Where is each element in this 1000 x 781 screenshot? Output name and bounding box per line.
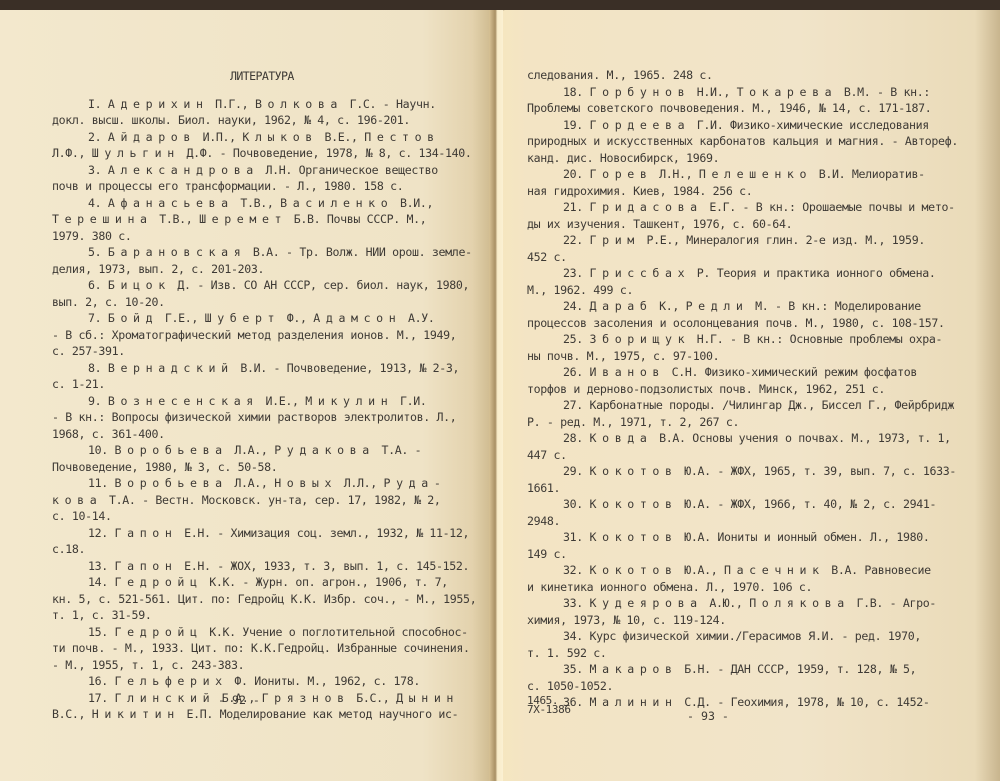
citation-text: торфов и дерново-подзолистых почв. Минск… [527,382,885,396]
bibliography-line: торфов и дерново-подзолистых почв. Минск… [527,381,958,398]
citation-text: К.К. Учение о поглотительной способнос- [203,625,468,639]
citation-text: Т.В., [234,196,280,210]
author-name: Терешина [52,212,153,226]
page-number-right: - 93 - [687,709,729,723]
page-title: ЛИТЕРАТУРА [230,68,476,85]
bibliography-line: 36. Малинин С.Д. - Геохимия, 1978, № 10,… [527,694,958,711]
bibliography-line: 29. Кокотов Ю.А. - ЖФХ, 1965, т. 39, вып… [527,463,958,480]
author-name: Гордеева [590,118,691,132]
citation-text: Ю.А. - ЖФХ, 1966, т. 40, № 2, с. 2941- [678,497,937,511]
citation-text: 20. [563,167,590,181]
bibliography-line: 1979. 380 с. [52,228,476,245]
citation-text: 35. [563,662,590,676]
citation-text: 31. [563,530,590,544]
citation-text: 14. [88,575,115,589]
bibliography-line: вып. 2, с. 10-20. [52,294,476,311]
bibliography-line: Терешина Т.В., Шеремет Б.В. Почвы СССР. … [52,211,476,228]
citation-text: Е.П. Моделирование как метод научного ис… [180,707,458,721]
author-name: кова [52,493,102,507]
citation-text: докл. высш. школы. Биол. науки, 1962, № … [52,113,410,127]
citation-text: кн. 5, с. 521-561. Цит. по: Гедройц К.К.… [52,592,476,606]
citation-text: 1661. [527,481,560,495]
bibliography-line: - М., 1955, т. 1, с. 243-383. [52,657,476,674]
bibliography-line: природных и искусственных карбонатов кал… [527,133,958,150]
author-name: Гридасова [590,200,703,214]
citation-text: 21. [563,200,590,214]
bibliography-line: 7. Бойд Г.Е., Шуберт Ф., Адамсон А.У. [52,310,476,327]
citation-text: делия, 1973, вып. 2, с. 201-203. [52,262,264,276]
printer-imprint: 1465. 7X-1386 [527,696,571,714]
left-page-text: ЛИТЕРАТУРА I. Адерихин П.Г., Волкова Г.С… [52,68,476,723]
author-name: Вернадский [108,361,234,375]
bibliography-line: канд. дис. Новосибирск, 1969. [527,150,958,167]
bibliography-line: 19. Гордеева Г.И. Физико-химические иссл… [527,117,958,134]
citation-text: 452 с. [527,250,567,264]
citation-text: Б.С., [350,691,396,705]
author-name: Никитин [92,707,180,721]
bibliography-line: М., 1962. 499 с. [527,282,958,299]
page-number-left: - 92 - [218,693,260,707]
bibliography-line: следования. М., 1965. 248 с. [527,67,958,84]
left-page: ЛИТЕРАТУРА I. Адерихин П.Г., Волкова Г.С… [0,10,497,781]
author-name: Рудакова [274,443,375,457]
citation-text: вып. 2, с. 10-20. [52,295,165,309]
bibliography-line: 24. Дараб К., Редли М. - В кн.: Моделиро… [527,298,958,315]
author-name: Кокотов [590,563,678,577]
citation-text: 24. [563,299,590,313]
bibliography-line: В.С., Никитин Е.П. Моделирование как мет… [52,706,476,723]
author-name: Шуберт [205,311,280,325]
citation-text: Г.И. Физико-химические исследования [690,118,929,132]
citation-text: В.С., [52,707,92,721]
citation-text: Р. - ред. М., 1971, т. 2, 267 с. [527,415,739,429]
bibliography-line: 35. Макаров Б.Н. - ДАН СССР, 1959, т. 12… [527,661,958,678]
author-name: Адамсон [313,311,401,325]
bibliography-line: ти почв. - М., 1933. Цит. по: К.К.Гедрой… [52,640,476,657]
bibliography-line: 4. Афанасьева Т.В., Василенко В.И., [52,195,476,212]
citation-text: 4. [88,196,108,210]
citation-text: Л.А., [228,443,274,457]
bibliography-line: почв и процессы его трансформации. - Л.,… [52,178,476,195]
bibliography-line: 22. Грим Р.Е., Минералогия глин. 2-е изд… [527,232,958,249]
citation-text: Ю.А. - ЖФХ, 1965, т. 39, вып. 7, с. 1633… [678,464,956,478]
citation-text: т. 1, с. 31-59. [52,608,151,622]
citation-text: и кинетика ионного обмена. Л., 1970. 106… [527,580,812,594]
citation-text: 2. [88,130,108,144]
author-name: Кокотов [590,497,678,511]
citation-text: К., [652,299,685,313]
author-name: Иванов [590,365,665,379]
bibliography-line: ная гидрохимия. Киев, 1984. 256 с. [527,183,958,200]
bibliography-line: 26. Иванов С.Н. Физико-химический режим … [527,364,958,381]
author-name: Грязнов [262,691,350,705]
citation-text: Проблемы советского почвоведения. М., 19… [527,101,931,115]
bibliography-line: 2. Айдаров И.П., Клыков В.Е., Пестов [52,129,476,146]
bibliography-line: - В сб.: Хроматографический метод раздел… [52,327,476,344]
citation-text: 10. [88,443,115,457]
citation-text: Л.Н., [652,167,698,181]
citation-text: 26. [563,365,590,379]
citation-text: И.П., [196,130,242,144]
citation-text: 1979. 380 с. [52,229,132,243]
citation-text: химия, 1973, № 10, с. 119-124. [527,613,726,627]
citation-text: с. 1-21. [52,377,105,391]
citation-text: 34. Курс физической химии./Герасимов Я.И… [563,629,921,643]
bibliography-line: 18. Горбунов Н.И., Токарева В.М. - В кн.… [527,84,958,101]
citation-text: И.Е., [259,394,305,408]
author-name: Горев [590,167,653,181]
bibliography-line: 149 с. [527,546,958,563]
citation-text: 7. [88,311,108,325]
citation-text: I. [88,97,108,111]
bibliography-line: 5. Барановская В.А. - Тр. Волж. НИИ орош… [52,244,476,261]
citation-text: 11. [88,476,115,490]
citation-text: 19. [563,118,590,132]
citation-text: 9. [88,394,108,408]
bibliography-line: 1968, с. 361-400. [52,426,476,443]
bibliography-line: 28. Ковда В.А. Основы учения о почвах. М… [527,430,958,447]
author-name: Воробьева [115,443,228,457]
citation-text: канд. дис. Новосибирск, 1969. [527,151,719,165]
author-name: Айдаров [108,130,196,144]
author-name: Вознесенская [108,394,259,408]
author-name: Воробьева [115,476,228,490]
author-name: Глинский [115,691,216,705]
citation-text: 447 с. [527,448,567,462]
author-name: Кудеярова [590,596,703,610]
citation-text: 27. Карбонатные породы. /Чилингар Дж., Б… [563,398,954,412]
author-name: Горбунов [590,85,691,99]
bibliography-line: 16. Гельферих Ф. Иониты. М., 1962, с. 17… [52,673,476,690]
bibliography-line: с. 1050-1052. [527,678,958,695]
author-name: Полякова [749,596,850,610]
bibliography-line: кова Т.А. - Вестн. Московск. ун-та, сер.… [52,492,476,509]
author-name: Клыков [242,130,317,144]
bibliography-line: - В кн.: Вопросы физической химии раство… [52,409,476,426]
bibliography-line: 21. Гридасова Е.Г. - В кн.: Орошаемые по… [527,199,958,216]
bibliography-line: 2948. [527,513,958,530]
citation-text: с. 10-14. [52,509,112,523]
citation-text: Е.Н. - Химизация соц. земл., 1932, № 11-… [177,526,469,540]
citation-text: Б.Н. - ДАН СССР, 1959, т. 128, № 5, [678,662,917,676]
citation-text: Б.В. Почвы СССР. М., [287,212,426,226]
citation-text: 33. [563,596,590,610]
author-name: Бойд [108,311,158,325]
citation-text: П.Г., [209,97,255,111]
author-name: Пестов [364,130,439,144]
citation-text: Г.Е., [158,311,204,325]
bibliography-line: Л.Ф., Шульгин Д.Ф. - Почвоведение, 1978,… [52,145,476,162]
right-page: следования. М., 1965. 248 с.18. Горбунов… [497,10,1000,781]
bibliography-line: 3. Александрова Л.Н. Органическое вещест… [52,162,476,179]
bibliography-line: 452 с. [527,249,958,266]
citation-text: ная гидрохимия. Киев, 1984. 256 с. [527,184,752,198]
citation-text: 23. [563,266,590,280]
citation-text: 29. [563,464,590,478]
author-name: Кокотов [590,530,678,544]
bibliography-line: с.18. [52,541,476,558]
bibliography-line: с. 10-14. [52,508,476,525]
bibliography-list: следования. М., 1965. 248 с.18. Горбунов… [527,67,958,711]
citation-text: В.А. Основы учения о почвах. М., 1973, т… [652,431,950,445]
citation-text: Ф. Иониты. М., 1962, с. 178. [228,674,420,688]
citation-text: Г.В. - Агро- [850,596,936,610]
bibliography-line: 15. Гедройц К.К. Учение о поглотительной… [52,624,476,641]
bibliography-line: 8. Вернадский В.И. - Почвоведение, 1913,… [52,360,476,377]
citation-text: с. 1050-1052. [527,679,613,693]
bibliography-line: с. 257-391. [52,343,476,360]
citation-text: Почвоведение, 1980, № 3, с. 50-58. [52,460,277,474]
author-name: Пасечник [724,563,825,577]
citation-text: т. 1. 592 с. [527,646,607,660]
citation-text: Л.Ф., [52,146,92,160]
citation-text: 22. [563,233,590,247]
author-name: Токарева [737,85,838,99]
citation-text: 15. [88,625,115,639]
citation-text: Р. Теория и практика ионного обмена. [690,266,935,280]
bibliography-line: 12. Гапон Е.Н. - Химизация соц. земл., 1… [52,525,476,542]
citation-text: А.У. [401,311,434,325]
bibliography-line: т. 1. 592 с. [527,645,958,662]
bibliography-line: 10. Воробьева Л.А., Рудакова Т.А. - [52,442,476,459]
imprint-line: 7X-1386 [527,705,571,714]
citation-text: 6. [88,278,108,292]
citation-text: 3. [88,163,108,177]
author-name: Гриссбах [590,266,691,280]
citation-text: Т.А. - Вестн. Московск. ун-та, сер. 17, … [102,493,440,507]
citation-text: почв и процессы его трансформации. - Л.,… [52,179,403,193]
citation-text: Л.Н. Органическое вещество [259,163,438,177]
bibliography-line: ны почв. М., 1975, с. 97-100. [527,348,958,365]
citation-text: Л.Л., [337,476,383,490]
citation-text: 8. [88,361,108,375]
bibliography-line: 32. Кокотов Ю.А., Пасечник В.А. Равновес… [527,562,958,579]
bibliography-line: 33. Кудеярова А.Ю., Полякова Г.В. - Агро… [527,595,958,612]
citation-text: Т.В., [153,212,199,226]
bibliography-line: кн. 5, с. 521-561. Цит. по: Гедройц К.К.… [52,591,476,608]
bibliography-line: химия, 1973, № 10, с. 119-124. [527,612,958,629]
bibliography-line: 31. Кокотов Ю.А. Иониты и ионный обмен. … [527,529,958,546]
author-name: Гедройц [115,625,203,639]
right-page-text: следования. М., 1965. 248 с.18. Горбунов… [527,67,958,711]
citation-text: Р.Е., Минералогия глин. 2-е изд. М., 195… [640,233,925,247]
citation-text: 13. [88,559,115,573]
author-name: Александрова [108,163,259,177]
citation-text: 12. [88,526,115,540]
author-name: Макаров [590,662,678,676]
bibliography-line: Почвоведение, 1980, № 3, с. 50-58. [52,459,476,476]
citation-text: природных и искусственных карбонатов кал… [527,134,958,148]
author-name: Руда- [384,476,447,490]
citation-text: 25. [563,332,590,346]
author-name: Гедройц [115,575,203,589]
citation-text: 18. [563,85,590,99]
author-name: Дараб [590,299,653,313]
author-name: Зборищук [590,332,691,346]
citation-text: - В сб.: Хроматографический метод раздел… [52,328,456,342]
citation-text: Г.И. [393,394,426,408]
citation-text: Ф., [280,311,313,325]
citation-text: М., 1962. 499 с. [527,283,633,297]
citation-text: Ю.А., [678,563,724,577]
citation-text: Е.Г. - В кн.: Орошаемые почвы и мето- [703,200,955,214]
bibliography-line: докл. высш. школы. Биол. науки, 1962, № … [52,112,476,129]
author-name: Гапон [115,526,178,540]
citation-text: Н.Г. - В кн.: Основные проблемы охра- [690,332,942,346]
citation-text: Г.С. - Научн. [343,97,436,111]
bibliography-line: 9. Вознесенская И.Е., Микулин Г.И. [52,393,476,410]
citation-text: - М., 1955, т. 1, с. 243-383. [52,658,244,672]
author-name: Шеремет [199,212,287,226]
bibliography-line: 17. Глинский Б.А., Грязнов Б.С., Дынин [52,690,476,707]
author-name: Бицок [108,278,171,292]
citation-text: 32. [563,563,590,577]
citation-text: В.А. Равновесие [825,563,931,577]
author-name: Редли [686,299,749,313]
author-name: Новых [274,476,337,490]
citation-text: Н.И., [690,85,736,99]
citation-text: Т.А. - [375,443,421,457]
author-name: Адерихин [108,97,209,111]
bibliography-line: делия, 1973, вып. 2, с. 201-203. [52,261,476,278]
citation-text: 1968, с. 361-400. [52,427,165,441]
citation-text: 2948. [527,514,560,528]
bibliography-line: 30. Кокотов Ю.А. - ЖФХ, 1966, т. 40, № 2… [527,496,958,513]
author-name: Василенко [280,196,393,210]
citation-text: В.И., [393,196,433,210]
citation-text: ды их изучения. Ташкент, 1976, с. 60-64. [527,217,792,231]
book-gutter [489,10,503,781]
citation-text: В.Е., [318,130,364,144]
book-spread: ЛИТЕРАТУРА I. Адерихин П.Г., Волкова Г.С… [0,0,1000,781]
citation-text: Ю.А. Иониты и ионный обмен. Л., 1980. [678,530,930,544]
citation-text: с.18. [52,542,85,556]
citation-text: Д. - Изв. СО АН СССР, сер. биол. наук, 1… [171,278,469,292]
citation-text: 28. [563,431,590,445]
bibliography-line: 13. Гапон Е.Н. - ЖОХ, 1933, т. 3, вып. 1… [52,558,476,575]
bibliography-line: 447 с. [527,447,958,464]
author-name: Малинин [590,695,678,709]
bibliography-line: и кинетика ионного обмена. Л., 1970. 106… [527,579,958,596]
bibliography-line: 25. Зборищук Н.Г. - В кн.: Основные проб… [527,331,958,348]
citation-text: процессов засоления и осолонцевания почв… [527,316,945,330]
citation-text: с. 257-391. [52,344,125,358]
bibliography-line: 23. Гриссбах Р. Теория и практика ионног… [527,265,958,282]
citation-text: 30. [563,497,590,511]
citation-text: Л.А., [228,476,274,490]
author-name: Ковда [590,431,653,445]
author-name: Пелешенко [699,167,812,181]
citation-text: К.К. - Журн. оп. агрон., 1906, т. 7, [203,575,448,589]
citation-text: Е.Н. - ЖОХ, 1933, т. 3, вып. 1, с. 145-1… [177,559,469,573]
citation-text: М. - В кн.: Моделирование [749,299,921,313]
author-name: Дынин [396,691,459,705]
citation-text: Д.Ф. - Почвоведение, 1978, № 8, с. 134-1… [180,146,472,160]
citation-text: В.А. - Тр. Волж. НИИ орош. земле- [246,245,471,259]
bibliography-line: Проблемы советского почвоведения. М., 19… [527,100,958,117]
bibliography-line: 34. Курс физической химии./Герасимов Я.И… [527,628,958,645]
author-name: Микулин [305,394,393,408]
author-name: Грим [590,233,640,247]
bibliography-line: процессов засоления и осолонцевания почв… [527,315,958,332]
bibliography-list: I. Адерихин П.Г., Волкова Г.С. - Научн.д… [52,96,476,723]
citation-text: ти почв. - М., 1933. Цит. по: К.К.Гедрой… [52,641,470,655]
citation-text: 17. [88,691,115,705]
bibliography-line: 20. Горев Л.Н., Пелешенко В.И. Мелиорати… [527,166,958,183]
citation-text: А.Ю., [703,596,749,610]
author-name: Гапон [115,559,178,573]
bibliography-line: 14. Гедройц К.К. - Журн. оп. агрон., 190… [52,574,476,591]
author-name: Барановская [108,245,246,259]
bibliography-line: т. 1, с. 31-59. [52,607,476,624]
citation-text: С.Н. Физико-химический режим фосфатов [665,365,917,379]
citation-text: 16. [88,674,115,688]
citation-text: 149 с. [527,547,567,561]
author-name: Афанасьева [108,196,234,210]
citation-text: ны почв. М., 1975, с. 97-100. [527,349,719,363]
author-name: Гельферих [115,674,228,688]
bibliography-line: 27. Карбонатные породы. /Чилингар Дж., Б… [527,397,958,414]
bibliography-line: 6. Бицок Д. - Изв. СО АН СССР, сер. биол… [52,277,476,294]
citation-text: В.И. - Почвоведение, 1913, № 2-3, [234,361,459,375]
bibliography-line: 1661. [527,480,958,497]
bibliography-line: I. Адерихин П.Г., Волкова Г.С. - Научн. [52,96,476,113]
bibliography-line: ды их изучения. Ташкент, 1976, с. 60-64. [527,216,958,233]
author-name: Кокотов [590,464,678,478]
bibliography-line: с. 1-21. [52,376,476,393]
citation-text: - В кн.: Вопросы физической химии раство… [52,410,456,424]
author-name: Волкова [255,97,343,111]
bibliography-line: 11. Воробьева Л.А., Новых Л.Л., Руда- [52,475,476,492]
citation-text: В.И. Мелиоратив- [812,167,925,181]
citation-text: следования. М., 1965. 248 с. [527,68,713,82]
bibliography-line: Р. - ред. М., 1971, т. 2, 267 с. [527,414,958,431]
author-name: Шульгин [92,146,180,160]
citation-text: 5. [88,245,108,259]
citation-text: В.М. - В кн.: [837,85,930,99]
citation-text: С.Д. - Геохимия, 1978, № 10, с. 1452- [678,695,930,709]
